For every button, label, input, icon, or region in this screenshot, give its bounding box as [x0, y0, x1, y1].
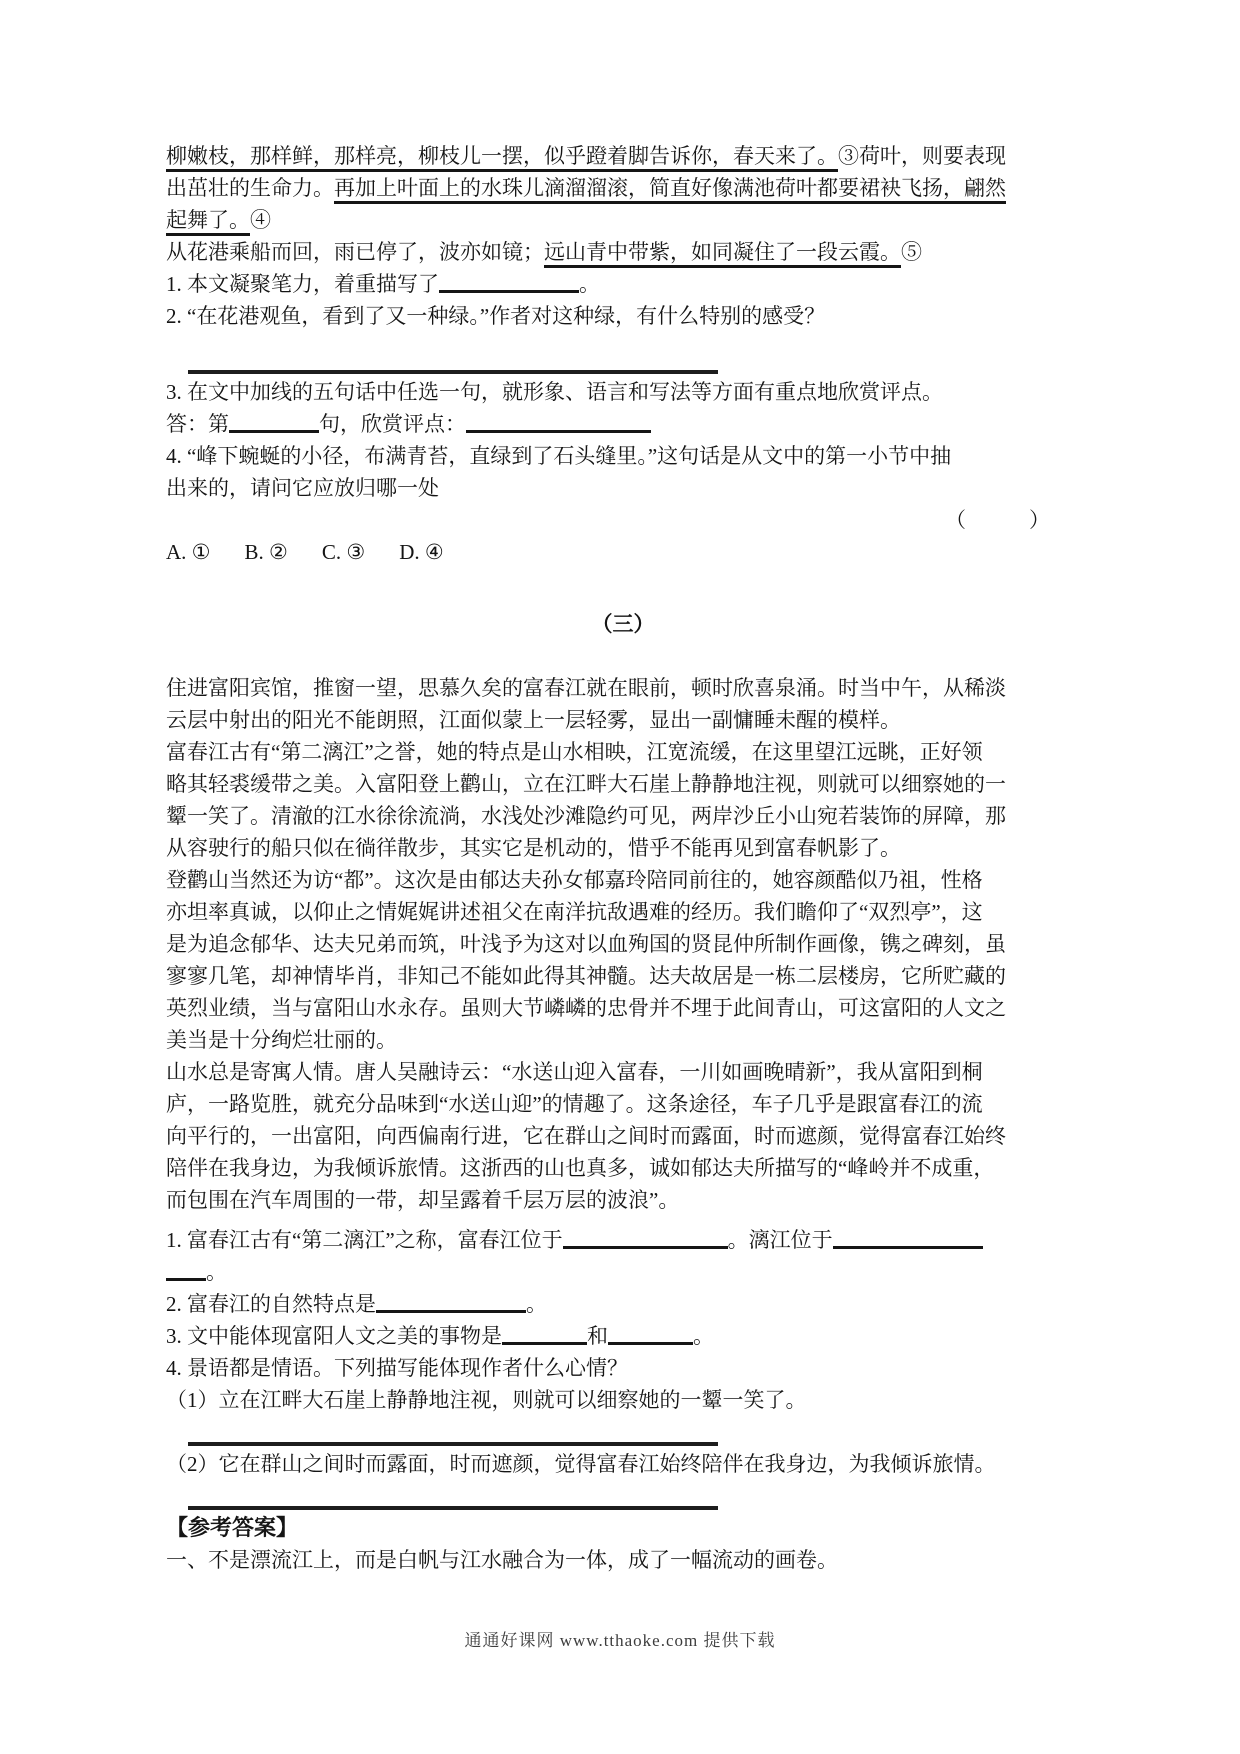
- passage-line: 寥寥几笔，却神情毕肖，非知己不能如此得其神髓。达夫故居是一栋二层楼房，它所贮藏的: [166, 960, 1080, 992]
- spacer: [166, 332, 1080, 344]
- passage-line: 从容驶行的船只似在徜徉散步，其实它是机动的，惜乎不能再见到富春帆影了。: [166, 832, 1080, 864]
- passage-line: 住进富阳宾馆，推窗一望，思慕久矣的富春江就在眼前，顿时欣喜泉涌。时当中午，从稀淡: [166, 672, 1080, 704]
- passage-line: 登鹳山当然还为访“都”。这次是由郁达夫孙女郁嘉玲陪同前往的，她容颜酷似乃祖，性格: [166, 864, 1080, 896]
- underlined-sentence: 起舞了。: [166, 208, 250, 236]
- answer-blank: [466, 410, 651, 433]
- answer-bracket: （ ）: [945, 508, 1050, 532]
- question-text: 3. 在文中加线的五句话中任选一句，就形象、语言和写法等方面有重点地欣赏评点。: [166, 380, 943, 404]
- passage-line: 山水总是寄寓人情。唐人吴融诗云：“水送山迎入富春，一川如画晚晴新”，我从富阳到桐: [166, 1056, 1080, 1088]
- passage-line: 而包围在汽车周围的一带，却呈露着千层万层的波浪”。: [166, 1184, 1080, 1216]
- passage-line: 颦一笑了。清澈的江水徐徐流淌，水浅处沙滩隐约可见，两岸沙丘小山宛若装饰的屏障，那: [166, 800, 1080, 832]
- option-item: C. ③: [322, 540, 365, 564]
- question-text: 和: [587, 1324, 608, 1348]
- question-text: 1. 富春江古有“第二漓江”之称，富春江位于: [166, 1228, 563, 1252]
- question-text: 4. “峰下蜿蜒的小径，布满青苔，直绿到了石头缝里。”这句话是从文中的第一小节中…: [166, 444, 951, 468]
- answer-rule: [188, 1480, 718, 1510]
- question-line: （1）立在江畔大石崖上静静地注视，则就可以细察她的一颦一笑了。: [166, 1384, 1080, 1416]
- option-item: A. ①: [166, 540, 211, 564]
- passage-line: 略其轻裘缓带之美。入富阳登上鹳山，立在江畔大石崖上静静地注视，则就可以细察她的一: [166, 768, 1080, 800]
- blank-line: [166, 640, 1080, 672]
- question-line: 。: [166, 1256, 1080, 1288]
- question-text: 。: [579, 272, 600, 296]
- question-line: 4. “峰下蜿蜒的小径，布满青苔，直绿到了石头缝里。”这句话是从文中的第一小节中…: [166, 440, 1080, 472]
- passage-line: 亦坦率真诚，以仰止之情娓娓讲述祖父在南洋抗敌遇难的经历。我们瞻仰了“双烈亭”，这: [166, 896, 1080, 928]
- question-line: 2. “在花港观鱼，看到了又一种绿。”作者对这种绿，有什么特别的感受？: [166, 300, 1080, 332]
- spacer: [166, 1216, 1080, 1224]
- answer-blank: [229, 410, 319, 433]
- answer-blank: [376, 1290, 526, 1313]
- passage-line: 云层中射出的阳光不能朗照，江面似蒙上一层轻雾，显出一副慵睡未醒的模样。: [166, 704, 1080, 736]
- answer-rule-line: [166, 1480, 1080, 1512]
- answer-bracket-line: （ ）: [166, 504, 1080, 536]
- question-line: 1. 本文凝聚笔力，着重描写了。: [166, 268, 1080, 300]
- passage-line: 富春江古有“第二漓江”之誉，她的特点是山水相映，江宽流缓，在这里望江远眺，正好领: [166, 736, 1080, 768]
- answer-rule: [188, 344, 718, 374]
- question-text: 1. 本文凝聚笔力，着重描写了: [166, 272, 439, 296]
- question-line: 1. 富春江古有“第二漓江”之称，富春江位于。漓江位于: [166, 1224, 1080, 1256]
- answer-blank: [439, 270, 579, 293]
- underlined-sentence: 柳嫩枝，那样鲜，那样亮，柳枝儿一摆，似乎蹬着脚告诉你，春天来了。: [166, 144, 838, 172]
- blank-line: [166, 576, 1080, 608]
- passage-line: 出茁壮的生命力。再加上叶面上的水珠儿滴溜溜滚，简直好像满池荷叶都要裙袂飞扬，翩然: [166, 172, 1080, 204]
- question-text: 。漓江位于: [728, 1228, 833, 1252]
- passage-line: 陪伴在我身边，为我倾诉旅情。这浙西的山也真多，诚如郁达夫所描写的“峰岭并不成重，: [166, 1152, 1080, 1184]
- answer-blank: [166, 1258, 206, 1281]
- sentence-marker: ⑤: [901, 240, 922, 264]
- passage-text: 从花港乘船而回，雨已停了，波亦如镜；: [166, 240, 544, 264]
- question-text: 出来的，请问它应放归哪一处: [166, 476, 439, 500]
- scanned-worksheet-page: 柳嫩枝，那样鲜，那样亮，柳枝儿一摆，似乎蹬着脚告诉你，春天来了。③荷叶，则要表现…: [0, 0, 1240, 1754]
- question-line: 3. 在文中加线的五句话中任选一句，就形象、语言和写法等方面有重点地欣赏评点。: [166, 376, 1080, 408]
- options-line: A. ①B. ②C. ③D. ④: [166, 536, 1080, 568]
- question-text: 2. “在花港观鱼，看到了又一种绿。”作者对这种绿，有什么特别的感受？: [166, 304, 825, 328]
- answers-header: 【参考答案】: [166, 1512, 1080, 1544]
- underlined-sentence: 远山青中带紫，如同凝住了一段云霞。: [544, 240, 901, 268]
- answer-blank: [563, 1226, 728, 1249]
- underlined-sentence: 再加上叶面上的水珠儿滴溜溜滚，简直好像满池荷叶都要裙袂飞扬，翩然: [334, 176, 1006, 204]
- question-line: （2）它在群山之间时而露面，时而遮颜，觉得富春江始终陪伴在我身边，为我倾诉旅情。: [166, 1448, 1080, 1480]
- passage-text: 出茁壮的生命力。: [166, 176, 334, 200]
- question-line: 4. 景语都是情语。下列描写能体现作者什么心情？: [166, 1352, 1080, 1384]
- sentence-marker: ④: [250, 208, 271, 232]
- passage-line: 从花港乘船而回，雨已停了，波亦如镜；远山青中带紫，如同凝住了一段云霞。⑤: [166, 236, 1080, 268]
- question-line: 3. 文中能体现富阳人文之美的事物是和。: [166, 1320, 1080, 1352]
- section-header: （三）: [166, 608, 1080, 640]
- answer-item: 一、不是漂流江上，而是白帆与江水融合为一体，成了一幅流动的画卷。: [166, 1544, 1080, 1576]
- option-item: B. ②: [245, 540, 288, 564]
- question-line: 出来的，请问它应放归哪一处: [166, 472, 1080, 504]
- passage-line: 是为追念郁华、达夫兄弟而筑，叶浅予为这对以血殉国的贤昆仲所制作画像，镌之碑刻，虽: [166, 928, 1080, 960]
- passage-text: ③荷叶，则要表现: [838, 144, 1006, 168]
- question-text: 。: [206, 1260, 227, 1284]
- question-line: 2. 富春江的自然特点是。: [166, 1288, 1080, 1320]
- passage-line: 柳嫩枝，那样鲜，那样亮，柳枝儿一摆，似乎蹬着脚告诉你，春天来了。③荷叶，则要表现: [166, 140, 1080, 172]
- passage-line: 美当是十分绚烂壮丽的。: [166, 1024, 1080, 1056]
- answer-blank: [502, 1322, 587, 1345]
- question-text: 答：第: [166, 412, 229, 436]
- question-text: 句，欣赏评点：: [319, 412, 466, 436]
- question-text: 2. 富春江的自然特点是: [166, 1292, 376, 1316]
- passage-line: 英烈业绩，当与富阳山水永存。虽则大节嶙嶙的忠骨并不埋于此间青山，可这富阳的人文之: [166, 992, 1080, 1024]
- passage-line: 起舞了。④: [166, 204, 1080, 236]
- answer-blank: [833, 1226, 983, 1249]
- answer-rule-line: [166, 344, 1080, 376]
- option-item: D. ④: [399, 540, 444, 564]
- footer-credit: 通通好课网 www.tthaoke.com 提供下载: [0, 1626, 1240, 1651]
- question-text: 。: [693, 1324, 714, 1348]
- spacer: [166, 568, 1080, 576]
- worksheet-content: 柳嫩枝，那样鲜，那样亮，柳枝儿一摆，似乎蹬着脚告诉你，春天来了。③荷叶，则要表现…: [166, 140, 1080, 1576]
- question-line: 答：第句，欣赏评点：: [166, 408, 1080, 440]
- passage-line: 庐，一路览胜，就充分品味到“水送山迎”的情趣了。这条途径，车子几乎是跟富春江的流: [166, 1088, 1080, 1120]
- passage-line: 向平行的，一出富阳，向西偏南行进，它在群山之间时而露面，时而遮颜，觉得富春江始终: [166, 1120, 1080, 1152]
- answer-blank: [608, 1322, 693, 1345]
- answer-rule-line: [166, 1416, 1080, 1448]
- question-text: 3. 文中能体现富阳人文之美的事物是: [166, 1324, 502, 1348]
- answer-rule: [188, 1416, 718, 1446]
- question-text: 。: [526, 1292, 547, 1316]
